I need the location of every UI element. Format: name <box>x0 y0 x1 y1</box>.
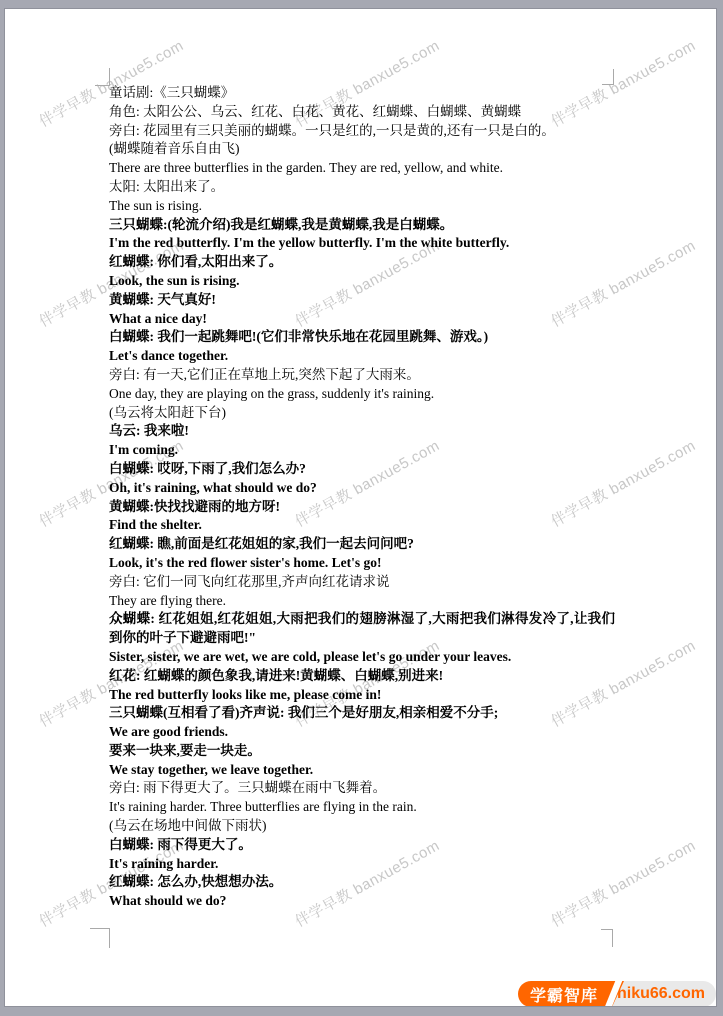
script-line: 旁白: 花园里有三只美丽的蝴蝶。一只是红的,一只是黄的,还有一只是白的。 <box>109 122 615 141</box>
script-line: 乌云: 我来啦! <box>109 422 615 441</box>
script-line: (乌云在场地中间做下雨状) <box>109 817 615 836</box>
script-line: 太阳: 太阳出来了。 <box>109 178 615 197</box>
document-page: 伴学早教 banxue5.com伴学早教 banxue5.com伴学早教 ban… <box>4 8 717 1007</box>
script-line: 黄蝴蝶:快找找避雨的地方呀! <box>109 498 615 517</box>
script-line: 白蝴蝶: 我们一起跳舞吧!(它们非常快乐地在花园里跳舞、游戏。) <box>109 328 615 347</box>
script-line: 黄蝴蝶: 天气真好! <box>109 291 615 310</box>
script-line: 童话剧:《三只蝴蝶》 <box>109 84 615 103</box>
script-line: Find the shelter. <box>109 516 615 535</box>
crop-mark-bottom-right-h <box>601 929 613 930</box>
script-line: 白蝴蝶: 雨下得更大了。 <box>109 836 615 855</box>
script-line: The red butterfly looks like me, please … <box>109 686 615 705</box>
document-viewer: 伴学早教 banxue5.com伴学早教 banxue5.com伴学早教 ban… <box>0 0 723 1016</box>
script-line: We are good friends. <box>109 723 615 742</box>
crop-mark-bottom-left-h <box>90 928 110 929</box>
script-line: It's raining harder. Three butterflies a… <box>109 798 615 817</box>
script-text: 童话剧:《三只蝴蝶》角色: 太阳公公、乌云、红花、白花、黄花、红蝴蝶、白蝴蝶、黄… <box>109 84 615 911</box>
script-line: I'm the red butterfly. I'm the yellow bu… <box>109 234 615 253</box>
crop-mark-top-left-h <box>95 85 109 86</box>
script-line: 红蝴蝶: 瞧,前面是红花姐姐的家,我们一起去问问吧? <box>109 535 615 554</box>
script-line: 红蝴蝶: 怎么办,快想想办法。 <box>109 873 615 892</box>
script-line: It's raining harder. <box>109 855 615 874</box>
script-line: What a nice day! <box>109 310 615 329</box>
script-line: Let's dance together. <box>109 347 615 366</box>
script-line: Oh, it's raining, what should we do? <box>109 479 615 498</box>
brand-domain-text: zhiku66.com <box>609 985 705 1003</box>
script-line: 旁白: 有一天,它们正在草地上玩,突然下起了大雨来。 <box>109 366 615 385</box>
script-line: They are flying there. <box>109 592 615 611</box>
script-line: 三只蝴蝶:(轮流介绍)我是红蝴蝶,我是黄蝴蝶,我是白蝴蝶。 <box>109 216 615 235</box>
crop-mark-top-right-v <box>613 69 614 85</box>
script-line: (乌云将太阳赶下台) <box>109 404 615 423</box>
crop-mark-bottom-right-v <box>612 929 613 947</box>
script-line: 角色: 太阳公公、乌云、红花、白花、黄花、红蝴蝶、白蝴蝶、黄蝴蝶 <box>109 103 615 122</box>
script-line: 红花: 红蝴蝶的颜色象我,请进来!黄蝴蝶、白蝴蝶,别进来! <box>109 667 615 686</box>
script-line: Look, it's the red flower sister's home.… <box>109 554 615 573</box>
script-line: The sun is rising. <box>109 197 615 216</box>
crop-mark-bottom-left-v <box>109 928 110 948</box>
script-line: One day, they are playing on the grass, … <box>109 385 615 404</box>
script-line: What should we do? <box>109 892 615 911</box>
brand-name-text: 学霸智库 <box>530 983 598 1006</box>
script-line: 白蝴蝶: 哎呀,下雨了,我们怎么办? <box>109 460 615 479</box>
script-line: 旁白: 它们一同飞向红花那里,齐声向红花请求说 <box>109 573 615 592</box>
script-line: 旁白: 雨下得更大了。三只蝴蝶在雨中飞舞着。 <box>109 779 615 798</box>
script-line: 要来一块来,要走一块走。 <box>109 742 615 761</box>
script-line: We stay together, we leave together. <box>109 761 615 780</box>
script-line: There are three butterflies in the garde… <box>109 159 615 178</box>
script-line: 三只蝴蝶(互相看了看)齐声说: 我们三个是好朋友,相亲相爱不分手; <box>109 704 615 723</box>
script-line: 红蝴蝶: 你们看,太阳出来了。 <box>109 253 615 272</box>
script-line: Look, the sun is rising. <box>109 272 615 291</box>
script-line: Sister, sister, we are wet, we are cold,… <box>109 648 615 667</box>
script-line: (蝴蝶随着音乐自由飞) <box>109 140 615 159</box>
script-line: 众蝴蝶: 红花姐姐,红花姐姐,大雨把我们的翅膀淋湿了,大雨把我们淋得发冷了,让我… <box>109 610 615 648</box>
script-line: I'm coming. <box>109 441 615 460</box>
brand-badge[interactable]: zhiku66.com 学霸智库 <box>518 981 716 1007</box>
